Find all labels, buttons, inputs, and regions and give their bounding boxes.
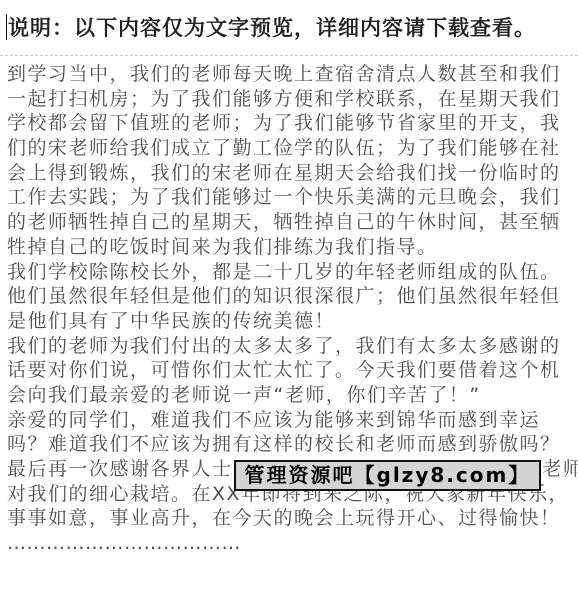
text-line: 他们虽然很年轻但是他们的知识很深很广；他们虽然很年轻但 — [7, 284, 574, 309]
text-line: 一起打扫机房；为了我们能够方便和学校联系，在星期天我们 — [7, 87, 574, 112]
text-line: 吗？难道我们不应该为拥有这样的校长和老师而感到骄傲吗？ — [7, 432, 574, 457]
text-line-with-watermark: 最后再一次感谢各界人士管理资源吧【glzy8.com】老师 — [7, 457, 574, 482]
text-line: 我们学校除陈校长外，都是二十几岁的年轻老师组成的队伍。 — [7, 260, 574, 285]
text-line: 是他们具有了中华民族的传统美德！ — [7, 309, 574, 334]
preview-document: 说明：以下内容仅为文字预览，详细内容请下载查看。 到学习当中，我们的老师每天晚上… — [0, 0, 578, 600]
watermark-badge: 管理资源吧【glzy8.com】 — [234, 460, 542, 491]
text-line: 事事如意，事业高升，在今天的晚会上玩得开心、过得愉快！ — [7, 506, 574, 531]
preview-notice: 说明：以下内容仅为文字预览，详细内容请下载查看。 — [0, 0, 578, 50]
text-line: 牲掉自己的吃饭时间来为我们排练为我们指导。 — [7, 235, 574, 260]
text-cursor — [6, 14, 7, 40]
watermark-label: 管理资源吧【glzy8.com】 — [245, 463, 531, 487]
text-line: 们的宋老师给我们成立了勤工俭学的队伍；为了我们能够在社 — [7, 136, 574, 161]
notice-text: 说明：以下内容仅为文字预览，详细内容请下载查看。 — [8, 16, 536, 40]
text-line: 我们的老师为我们付出的太多太多了，我们有太多太多感谢的 — [7, 334, 574, 359]
text-line: 会向我们最亲爱的老师说一声“老师，你们辛苦了！” — [7, 383, 574, 408]
preview-text: 到学习当中，我们的老师每天晚上查宿舍清点人数甚至和我们 一起打扫机房；为了我们能… — [0, 56, 578, 556]
text-line: 话要对你们说，可惜你们太忙太忙了。今天我们要借着这个机 — [7, 358, 574, 383]
text-line: 工作去实践；为了我们能够过一个快乐美满的元旦晚会，我们 — [7, 185, 574, 210]
text-line: 会上得到锻炼，我们的宋老师在星期天会给我们找一份临时的 — [7, 161, 574, 186]
text-line: 学校都会留下值班的老师；为了我们能够节省家里的开支，我 — [7, 111, 574, 136]
text-line: 到学习当中，我们的老师每天晚上查宿舍清点人数甚至和我们 — [7, 62, 574, 87]
text-fragment-left: 最后再一次感谢各界人士 — [7, 458, 233, 480]
text-line: 亲爱的同学们，难道我们不应该为能够来到锦华而感到幸运 — [7, 408, 574, 433]
text-fragment-right: 老师 — [542, 458, 578, 480]
ellipsis-line: ……………………………… — [7, 531, 574, 556]
text-line: 的老师牺牲掉自己的星期天，牺牲掉自己的午休时间，甚至牺 — [7, 210, 574, 235]
